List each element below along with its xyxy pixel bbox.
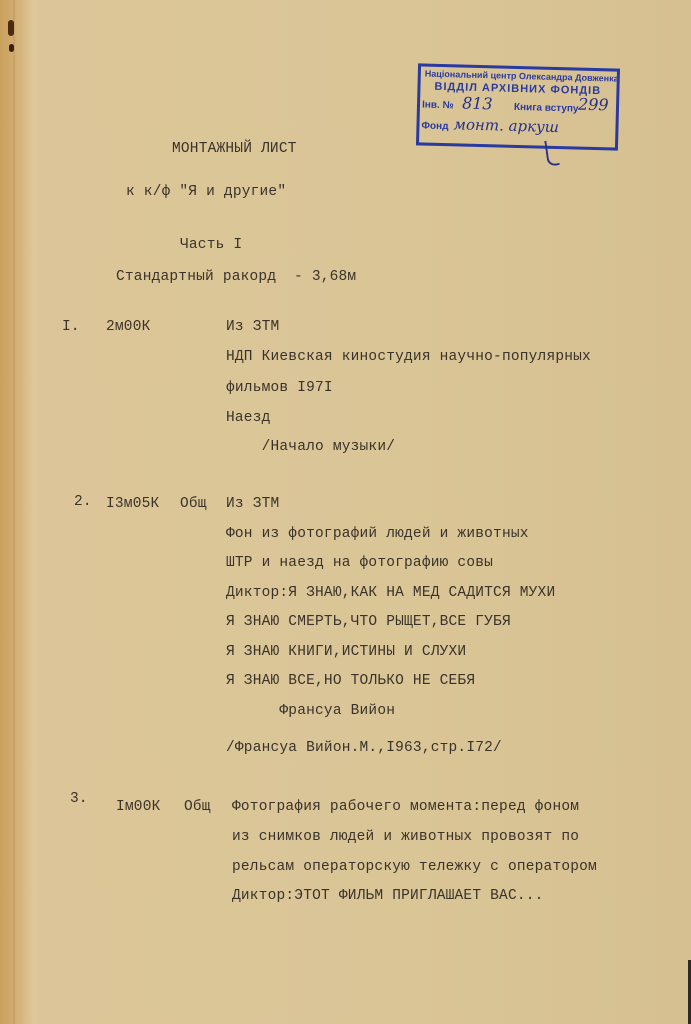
entry-shot-type: Общ xyxy=(184,798,211,816)
entry-line: Из ЗТМ xyxy=(226,495,279,513)
entry-number: I. xyxy=(62,318,80,336)
entry-line: Я ЗНАЮ КНИГИ,ИСТИНЫ И СЛУХИ xyxy=(226,643,466,661)
entry-line: Я ЗНАЮ СМЕРТЬ,ЧТО РЫЩЕТ,ВСЕ ГУБЯ xyxy=(226,613,511,631)
entry-line: Из ЗТМ xyxy=(226,318,279,336)
stamp-book-label: Книга вступу xyxy=(514,102,579,115)
entry-line: из снимков людей и животных провозят по xyxy=(232,828,579,846)
stamp-inventory-label: Інв. № xyxy=(422,99,454,111)
paper-fold-line xyxy=(13,0,15,1024)
ink-stain xyxy=(8,20,14,36)
entry-shot-type: Общ xyxy=(180,495,207,513)
part-number: Часть I xyxy=(180,236,242,254)
entry-line: ШТР и наезд на фотографию совы xyxy=(226,554,493,572)
entry-number: 2. xyxy=(74,493,92,511)
standard-leader: Стандартный ракорд - 3,68м xyxy=(116,268,356,286)
entry-line: Франсуа Вийон xyxy=(226,702,395,720)
ink-stain xyxy=(9,44,14,52)
archive-stamp: Національний центр Олександра Довженка В… xyxy=(416,63,620,150)
entry-number: 3. xyxy=(70,790,88,808)
entry-length: 2м00К xyxy=(106,318,151,336)
entry-line: фильмов I97I xyxy=(226,379,333,397)
stamp-fond-value: монт. аркуш xyxy=(453,115,559,136)
entry-line: Диктор:Я ЗНАЮ,КАК НА МЕД САДИТСЯ МУХИ xyxy=(226,584,555,602)
entry-line: Фон из фотографий людей и животных xyxy=(226,525,529,543)
archival-document-page: Національний центр Олександра Довженка В… xyxy=(0,0,691,1024)
stamp-department: ВІДДІЛ АРХІВНИХ ФОНДІВ xyxy=(434,81,601,97)
entry-line: Наезд xyxy=(226,409,271,427)
entry-length: I3м05К xyxy=(106,495,159,513)
entry-line: Фотография рабочего момента:перед фоном xyxy=(232,798,579,816)
entry-line: /Франсуа Вийон.М.,I963,стр.I72/ xyxy=(226,739,502,757)
document-title: МОНТАЖНЫЙ ЛИСТ xyxy=(172,140,297,158)
entry-line: рельсам операторскую тележку с операторо… xyxy=(232,858,597,876)
film-title: к к/ф "Я и другие" xyxy=(126,183,286,201)
stamp-inventory-number: 813 xyxy=(462,94,493,114)
entry-line: Я ЗНАЮ ВСЕ,НО ТОЛЬКО НЕ СЕБЯ xyxy=(226,672,475,690)
entry-line: Диктор:ЭТОТ ФИЛЬМ ПРИГЛАШАЕТ ВАС... xyxy=(232,887,544,905)
entry-length: Iм00К xyxy=(116,798,161,816)
entry-line: /Начало музыки/ xyxy=(226,438,395,456)
stamp-fond-label: Фонд xyxy=(421,120,448,132)
stamp-book-number: 299 xyxy=(578,95,609,115)
paper-left-edge xyxy=(0,0,34,1024)
entry-line: НДП Киевская киностудия научно-популярны… xyxy=(226,348,591,366)
